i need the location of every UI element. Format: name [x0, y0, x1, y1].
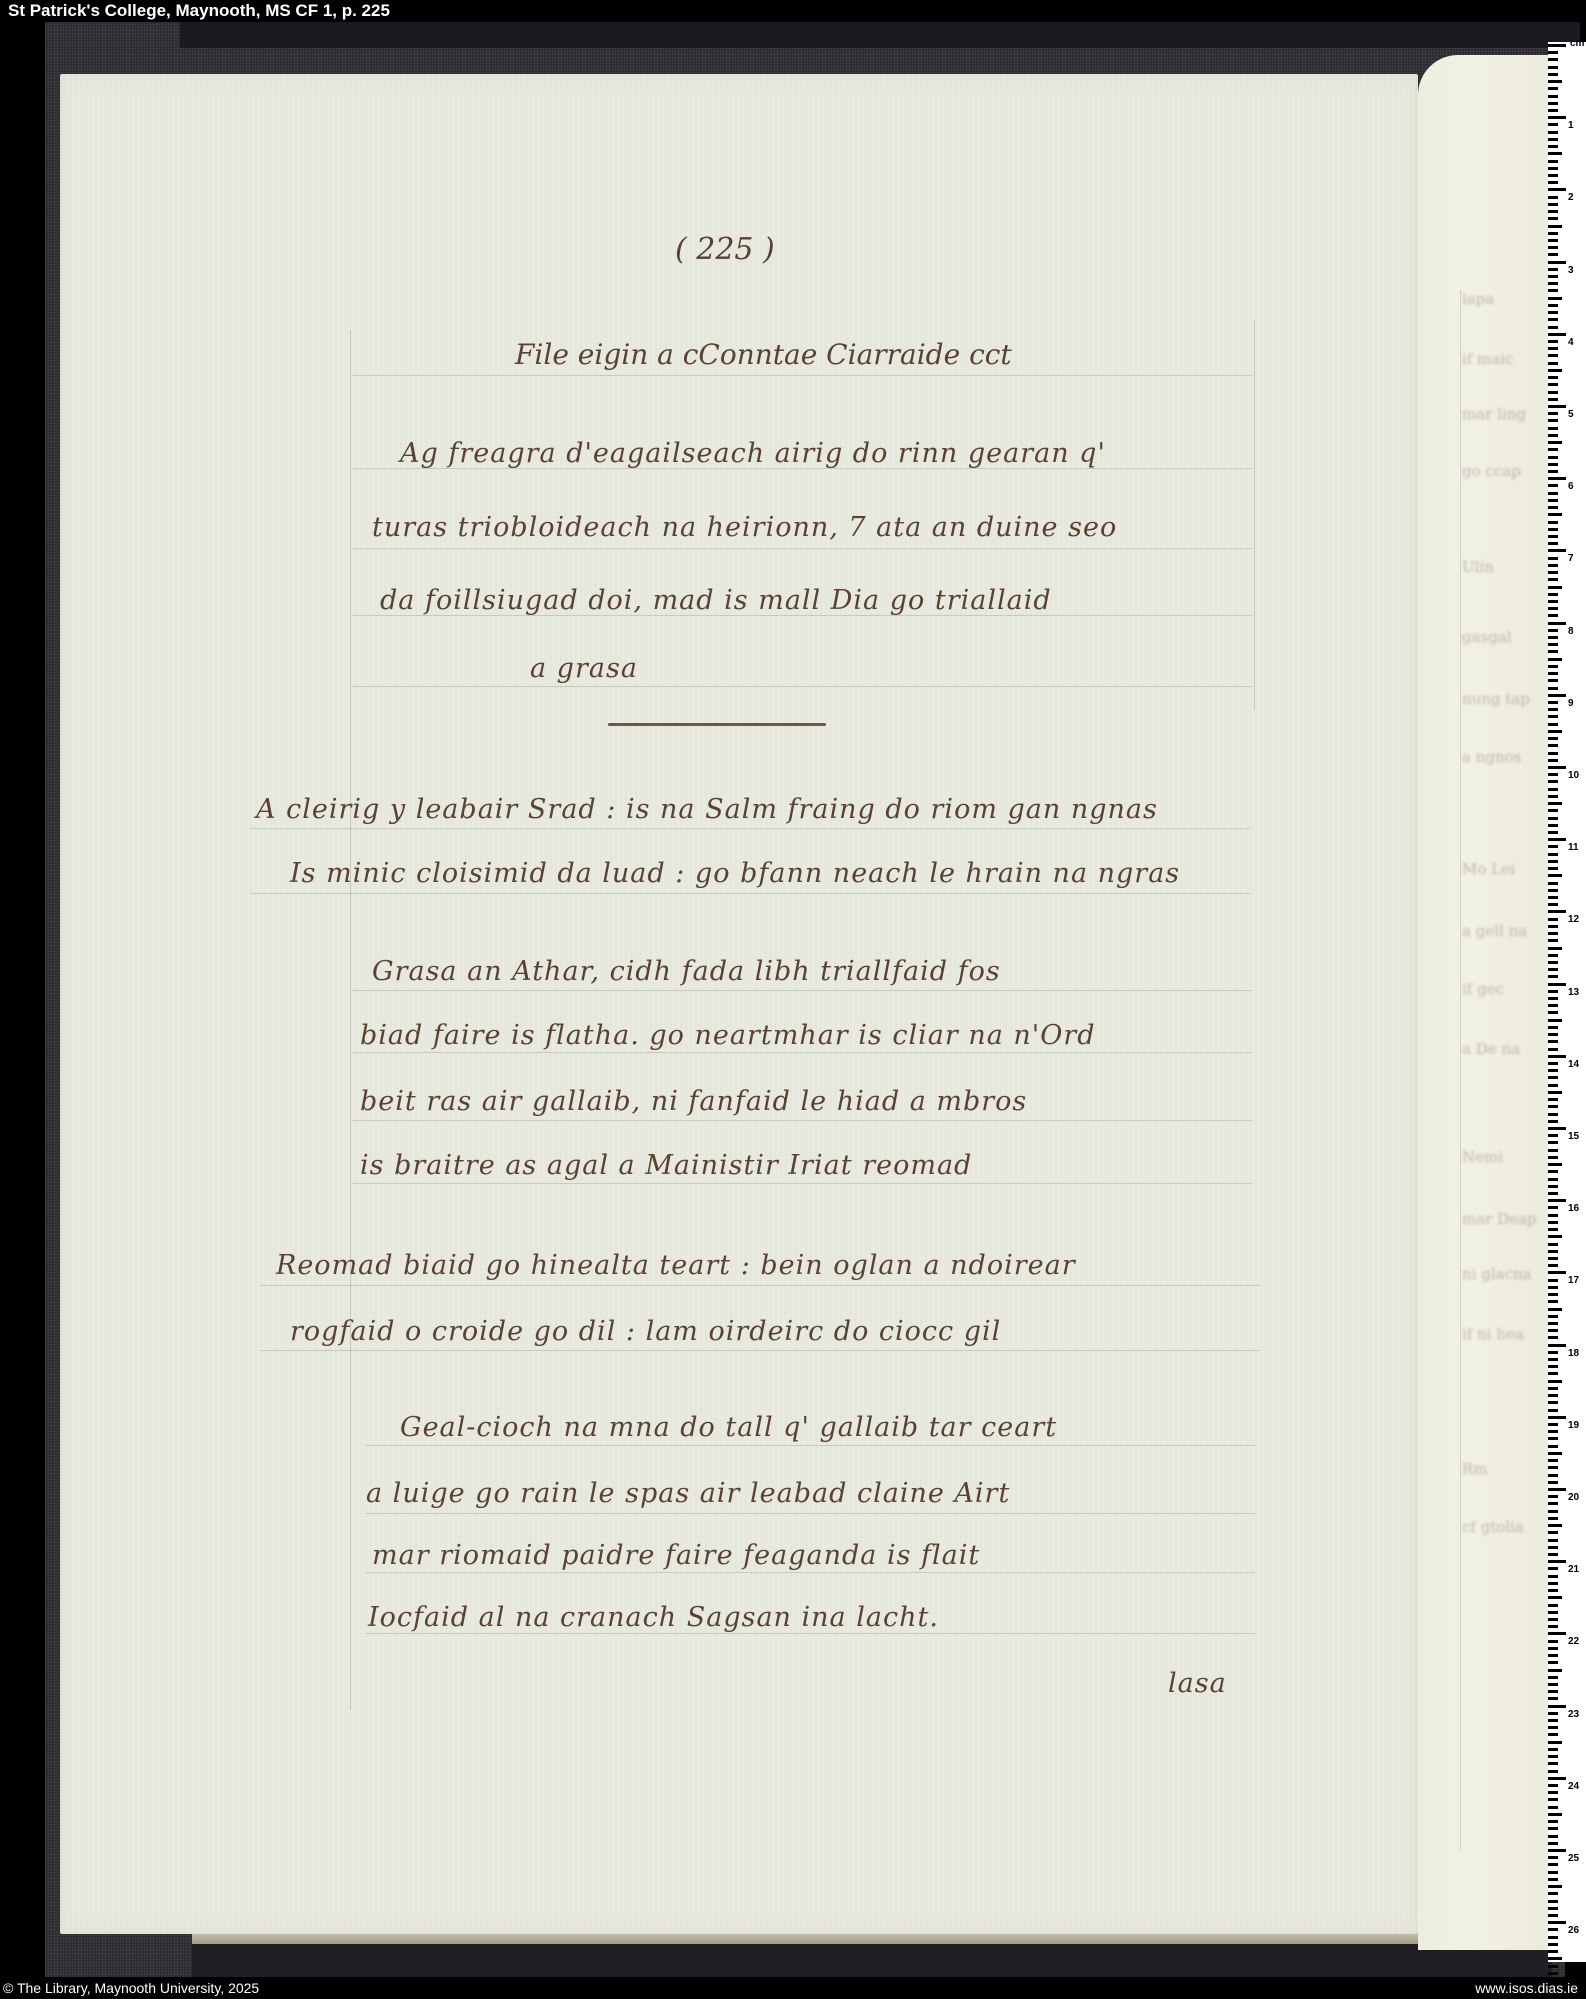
ruler-cm-label: 17 — [1568, 1275, 1579, 1286]
ruler-tick — [1548, 1965, 1558, 1968]
ruler-tick — [1548, 1596, 1562, 1599]
ruler-tick — [1548, 1546, 1558, 1549]
ruler-tick — [1548, 607, 1558, 610]
ruler-tick — [1548, 1199, 1566, 1202]
ruler-tick — [1548, 1842, 1558, 1845]
ruler-tick — [1548, 102, 1558, 105]
ruler-tick — [1548, 217, 1558, 220]
ruler-tick — [1548, 600, 1558, 603]
ruler-tick — [1548, 160, 1558, 163]
ruler-cm-label: 2 — [1568, 192, 1574, 203]
ruler-tick — [1548, 225, 1562, 228]
ruler-tick — [1548, 910, 1566, 913]
ruler-tick — [1548, 1611, 1558, 1614]
ruler-tick — [1548, 58, 1558, 61]
ruler-tick — [1548, 123, 1558, 126]
ruler-tick — [1548, 1336, 1558, 1339]
ruler-tick — [1548, 506, 1558, 509]
ruler-tick — [1548, 1134, 1558, 1137]
ruler-tick — [1548, 1264, 1558, 1267]
ruler-tick — [1548, 167, 1558, 170]
ruler-tick — [1548, 188, 1566, 191]
ruler-tick — [1548, 513, 1562, 516]
ruler-cm-label: 24 — [1568, 1781, 1579, 1792]
ruler-tick — [1548, 1156, 1558, 1159]
ruler-tick — [1548, 1539, 1558, 1542]
ruler-tick — [1548, 145, 1558, 148]
ruler-tick — [1548, 679, 1558, 682]
ruler-tick — [1548, 1235, 1562, 1238]
ruler-tick — [1548, 831, 1558, 834]
ruler-tick — [1548, 578, 1558, 581]
ruler-tick — [1548, 318, 1558, 321]
ruler-tick — [1548, 376, 1558, 379]
facing-page-line: if gec — [1462, 980, 1504, 998]
facing-page-line: a gell na — [1462, 922, 1527, 940]
facing-page-line: Mo Lei — [1462, 860, 1515, 878]
ruler-tick — [1548, 1401, 1558, 1404]
ruler-cm-label: 11 — [1568, 842, 1579, 853]
ruler-tick — [1548, 1900, 1558, 1903]
ruler-tick — [1548, 643, 1558, 646]
ruler-tick — [1548, 463, 1558, 466]
ruled-line — [352, 375, 1252, 376]
ruler-tick — [1548, 1892, 1558, 1895]
ruler-tick — [1548, 564, 1558, 567]
ruler-tick — [1548, 1026, 1558, 1029]
ruler-tick — [1548, 1040, 1558, 1043]
ruler-tick — [1548, 622, 1566, 625]
ruler-tick — [1548, 1380, 1562, 1383]
catchword: lasa — [1168, 1668, 1227, 1699]
ruler-tick — [1548, 1733, 1558, 1736]
ruler-tick — [1548, 1178, 1558, 1181]
ruler-tick — [1548, 456, 1558, 459]
ruler-tick — [1548, 1481, 1558, 1484]
ruler-tick — [1548, 1762, 1558, 1765]
ruled-line — [352, 1120, 1252, 1121]
ruler-tick — [1548, 369, 1562, 372]
ruler-tick — [1548, 275, 1558, 278]
ruler-tick — [1548, 1185, 1558, 1188]
ruler-tick — [1548, 427, 1558, 430]
ruler-tick — [1548, 896, 1558, 899]
ruler-tick — [1548, 1726, 1558, 1729]
facing-page-line: ni glacna — [1462, 1265, 1532, 1283]
ruler-cm-label: 21 — [1568, 1564, 1579, 1575]
ruler-tick — [1548, 1936, 1558, 1939]
ruler-tick — [1548, 232, 1558, 235]
ruler-tick — [1548, 990, 1558, 993]
ruler-tick — [1548, 109, 1558, 112]
ruler-tick — [1548, 398, 1558, 401]
ruler-tick — [1548, 874, 1562, 877]
ruler-tick — [1548, 1632, 1566, 1635]
ruler-tick — [1548, 174, 1558, 177]
ruler-tick — [1548, 484, 1558, 487]
image-title: St Patrick's College, Maynooth, MS CF 1,… — [8, 1, 390, 20]
ruler-tick — [1548, 1192, 1558, 1195]
facing-page — [1418, 55, 1548, 1950]
ruler-tick — [1548, 918, 1558, 921]
facing-page-line: Rm — [1462, 1460, 1488, 1478]
ruler-tick — [1548, 1784, 1558, 1787]
ruler-tick — [1548, 947, 1562, 950]
ruler-cm-label: 3 — [1568, 265, 1574, 276]
ruler-tick — [1548, 1849, 1566, 1852]
ruled-line — [250, 893, 1250, 894]
facing-page-line: if maic — [1462, 350, 1513, 368]
ruler-tick — [1548, 340, 1558, 343]
ruler-tick — [1548, 1300, 1558, 1303]
ruler-tick — [1548, 809, 1558, 812]
ruler-tick — [1548, 152, 1562, 155]
ruler-tick — [1548, 1243, 1558, 1246]
ruler-tick — [1548, 1856, 1558, 1859]
ruler-cm-label: 7 — [1568, 553, 1574, 564]
ruler-tick — [1548, 1575, 1558, 1578]
ruler-tick — [1548, 1098, 1558, 1101]
section-divider — [608, 723, 826, 726]
ruler-tick — [1548, 730, 1562, 733]
ruler-tick — [1548, 1387, 1558, 1390]
ruled-line — [365, 1513, 1255, 1514]
ruler-tick — [1548, 1777, 1566, 1780]
ruler-tick — [1548, 867, 1558, 870]
book-cover-top-shadow — [180, 20, 1580, 48]
ruler-tick — [1548, 549, 1566, 552]
ruler-tick — [1548, 196, 1558, 199]
ruler-tick — [1548, 1683, 1558, 1686]
facing-page-line: mar ling — [1462, 405, 1526, 423]
ruler-tick — [1548, 1907, 1558, 1910]
margin-rule-left — [350, 330, 351, 1710]
ruler-tick — [1548, 73, 1558, 76]
ruler-tick — [1548, 181, 1558, 184]
ruler-tick — [1548, 939, 1558, 942]
ruler-tick — [1548, 1416, 1566, 1419]
facing-page-line: cf gtolia — [1462, 1518, 1524, 1536]
ruler-tick — [1548, 44, 1566, 47]
ruler-tick — [1548, 1748, 1558, 1751]
ruler-tick — [1548, 1271, 1566, 1274]
ruler-cm-label: 18 — [1568, 1348, 1579, 1359]
ruler-tick — [1548, 1510, 1558, 1513]
ruler-tick — [1548, 752, 1558, 755]
ruler-tick — [1548, 571, 1558, 574]
ruled-line — [365, 1633, 1255, 1634]
facing-page-line: Nemi — [1462, 1148, 1503, 1166]
ruler-tick — [1548, 853, 1558, 856]
facing-page-line: gasgal — [1462, 628, 1512, 646]
ruler-tick — [1548, 860, 1558, 863]
ruler-tick — [1548, 1084, 1558, 1087]
ruler-cm-label: 22 — [1568, 1636, 1579, 1647]
facing-page-line: nung tap — [1462, 690, 1530, 708]
ruler-tick — [1548, 1625, 1558, 1628]
ruler-cm-label: 23 — [1568, 1709, 1579, 1720]
ruler-tick — [1548, 1827, 1558, 1830]
ruler-tick — [1548, 282, 1558, 285]
ruler-tick — [1548, 1344, 1566, 1347]
ruler-tick — [1548, 1163, 1562, 1166]
verse-line: beit ras air gallaib, ni fanfaid le hiad… — [360, 1086, 1027, 1117]
ruled-line — [352, 990, 1252, 991]
ruler-tick — [1548, 845, 1558, 848]
ruler-tick — [1548, 1806, 1558, 1809]
ruler-tick — [1548, 1654, 1558, 1657]
ruler-tick — [1548, 889, 1558, 892]
ruler-tick — [1548, 1286, 1558, 1289]
ruler-cm-label: 13 — [1568, 987, 1579, 998]
ruler-tick — [1548, 246, 1558, 249]
ruler-tick — [1548, 1062, 1558, 1065]
ruler-tick — [1548, 419, 1558, 422]
ruler-tick — [1548, 824, 1558, 827]
image-title-bar: St Patrick's College, Maynooth, MS CF 1,… — [0, 0, 1586, 22]
ruler-tick — [1548, 1459, 1558, 1462]
ruler-tick — [1548, 362, 1558, 365]
ruler-tick — [1548, 903, 1558, 906]
ruler-cm-label: 10 — [1568, 770, 1579, 781]
scale-ruler: cm 1234567891011121314151617181920212223… — [1548, 42, 1586, 1962]
ruler-tick — [1548, 1928, 1558, 1931]
ruler-tick — [1548, 1669, 1562, 1672]
ruler-tick — [1548, 1206, 1558, 1209]
facing-page-margin-rule — [1460, 290, 1461, 1850]
ruler-unit-label: cm — [1570, 38, 1584, 49]
ruler-tick — [1548, 1943, 1558, 1946]
ruler-tick — [1548, 521, 1558, 524]
ruler-tick — [1548, 1076, 1558, 1079]
facing-page-line: mar Deap — [1462, 1210, 1537, 1228]
copyright-notice: © The Library, Maynooth University, 2025 — [3, 1977, 259, 1999]
ruler-tick — [1548, 1647, 1558, 1650]
ruler-tick — [1548, 1365, 1558, 1368]
image-footer-bar: © The Library, Maynooth University, 2025… — [0, 1977, 1586, 1999]
ruler-tick — [1548, 1445, 1558, 1448]
ruler-tick — [1548, 1149, 1558, 1152]
ruler-tick — [1548, 1957, 1562, 1960]
ruler-tick — [1548, 253, 1558, 256]
ruler-tick — [1548, 1705, 1566, 1708]
ruler-tick — [1548, 1604, 1558, 1607]
ruler-tick — [1548, 557, 1558, 560]
ruler-tick — [1548, 759, 1558, 762]
ruler-cm-label: 6 — [1568, 481, 1574, 492]
ruler-tick — [1548, 1871, 1558, 1874]
ruler-tick — [1548, 1618, 1558, 1621]
ruler-tick — [1548, 203, 1558, 206]
preamble-line: turas triobloideach na heirionn, 7 ata a… — [372, 512, 1117, 543]
book-cover-bottom-shadow — [192, 1944, 1552, 1978]
ruler-tick — [1548, 1033, 1558, 1036]
ruled-line — [352, 686, 1252, 687]
ruler-tick — [1548, 499, 1558, 502]
ruler-tick — [1548, 1885, 1562, 1888]
ruler-tick — [1548, 766, 1566, 769]
verse-line: is braitre as agal a Mainistir Iriat reo… — [360, 1150, 972, 1181]
ruler-cm-label: 12 — [1568, 914, 1579, 925]
ruler-tick — [1548, 744, 1558, 747]
ruler-tick — [1548, 1228, 1558, 1231]
ruler-tick — [1548, 1019, 1562, 1022]
ruler-tick — [1548, 1791, 1558, 1794]
ruler-tick — [1548, 614, 1558, 617]
ruler-tick — [1548, 1798, 1558, 1801]
ruler-tick — [1548, 1690, 1558, 1693]
ruler-tick — [1548, 347, 1558, 350]
ruler-tick — [1548, 672, 1558, 675]
ruler-tick — [1548, 650, 1558, 653]
ruler-tick — [1548, 297, 1562, 300]
ruler-tick — [1548, 333, 1566, 336]
ruler-tick — [1548, 788, 1558, 791]
website-link[interactable]: www.isos.dias.ie — [1475, 1977, 1578, 1999]
ruler-cm-label: 15 — [1568, 1131, 1579, 1142]
ruler-tick — [1548, 1170, 1558, 1173]
ruler-tick — [1548, 66, 1558, 69]
ruler-tick — [1548, 1105, 1558, 1108]
ruler-tick — [1548, 542, 1558, 545]
ruler-tick — [1548, 383, 1558, 386]
poem-heading: File eigin a cConntae Ciarraide cct — [515, 338, 1012, 371]
ruler-cm-label: 26 — [1568, 1925, 1579, 1936]
ruler-tick — [1548, 1820, 1558, 1823]
ruler-tick — [1548, 1640, 1558, 1643]
ruler-tick — [1548, 1466, 1558, 1469]
ruler-tick — [1548, 1120, 1558, 1123]
ruler-cm-label: 4 — [1568, 337, 1574, 348]
ruled-line — [352, 1052, 1252, 1053]
preamble-line: Ag freagra d'eagailseach airig do rinn g… — [400, 438, 1106, 469]
verse-line: Is minic cloisimid da luad : go bfann ne… — [290, 858, 1180, 889]
ruler-tick — [1548, 1394, 1558, 1397]
ruler-tick — [1548, 780, 1558, 783]
ruler-tick — [1548, 1257, 1558, 1260]
ruler-tick — [1548, 1141, 1558, 1144]
ruler-cm-label: 20 — [1568, 1492, 1579, 1503]
ruler-tick — [1548, 1914, 1558, 1917]
ruler-tick — [1548, 1495, 1558, 1498]
ruler-tick — [1548, 1011, 1558, 1014]
ruler-tick — [1548, 412, 1558, 415]
ruler-tick — [1548, 1950, 1558, 1953]
ruler-tick — [1548, 405, 1566, 408]
ruler-tick — [1548, 1676, 1558, 1679]
ruler-tick — [1548, 1560, 1566, 1563]
ruler-tick — [1548, 1250, 1558, 1253]
ruler-tick — [1548, 116, 1566, 119]
ruler-tick — [1548, 593, 1558, 596]
ruler-tick — [1548, 723, 1558, 726]
ruler-tick — [1548, 1055, 1566, 1058]
ruler-tick — [1548, 795, 1558, 798]
ruler-cm-label: 9 — [1568, 698, 1574, 709]
ruler-tick — [1548, 448, 1558, 451]
ruler-tick — [1548, 1279, 1558, 1282]
ruler-tick — [1548, 925, 1558, 928]
ruler-tick — [1548, 1308, 1562, 1311]
ruler-tick — [1548, 326, 1558, 329]
ruler-tick — [1548, 210, 1558, 213]
ruler-tick — [1548, 1221, 1558, 1224]
ruler-tick — [1548, 701, 1558, 704]
ruler-tick — [1548, 131, 1558, 134]
ruler-tick — [1548, 528, 1558, 531]
ruler-tick — [1548, 708, 1558, 711]
ruler-tick — [1548, 1712, 1558, 1715]
preamble-line: a grasa — [530, 653, 638, 684]
verse-line: rogfaid o croide go dil : lam oirdeirc d… — [290, 1316, 1001, 1347]
ruler-tick — [1548, 1315, 1558, 1318]
verse-line: a luige go rain le spas air leabad clain… — [366, 1478, 1010, 1509]
ruler-tick — [1548, 1878, 1558, 1881]
ruler-tick — [1548, 1452, 1562, 1455]
ruler-tick — [1548, 1582, 1558, 1585]
ruler-tick — [1548, 658, 1562, 661]
ruler-tick — [1548, 1430, 1558, 1433]
ruler-tick — [1548, 239, 1558, 242]
ruler-tick — [1548, 1661, 1558, 1664]
ruler-tick — [1548, 535, 1558, 538]
ruler-tick — [1548, 1488, 1566, 1491]
ruler-cm-label: 8 — [1568, 626, 1574, 637]
ruler-tick — [1548, 261, 1566, 264]
ruler-tick — [1548, 1069, 1558, 1072]
ruler-tick — [1548, 1972, 1558, 1975]
ruler-tick — [1548, 1567, 1558, 1570]
ruler-tick — [1548, 961, 1558, 964]
ruled-line — [260, 1350, 1260, 1351]
ruler-tick — [1548, 1358, 1558, 1361]
ruler-tick — [1548, 268, 1558, 271]
ruler-cm-label: 19 — [1568, 1420, 1579, 1431]
ruler-tick — [1548, 1813, 1562, 1816]
ruled-line — [365, 1445, 1255, 1446]
ruler-cm-label: 16 — [1568, 1203, 1579, 1214]
ruler-cm-label: 1 — [1568, 120, 1574, 131]
verse-line: mar riomaid paidre faire feaganda is fla… — [372, 1540, 980, 1571]
facing-page-line: a ngnos — [1462, 748, 1521, 766]
ruler-tick — [1548, 1329, 1558, 1332]
facing-page-line: go ccap — [1462, 462, 1521, 480]
ruler-tick — [1548, 87, 1558, 90]
ruler-tick — [1548, 1322, 1558, 1325]
ruler-tick — [1548, 1835, 1558, 1838]
ruler-cm-label: 14 — [1568, 1059, 1579, 1070]
ruler-tick — [1548, 636, 1558, 639]
ruled-line — [365, 1572, 1255, 1573]
ruler-tick — [1548, 51, 1558, 54]
facing-page-line: lapa — [1462, 290, 1494, 308]
verse-line: biad faire is flatha. go neartmhar is cl… — [360, 1020, 1096, 1051]
ruler-cm-label: 25 — [1568, 1853, 1579, 1864]
ruler-tick — [1548, 882, 1558, 885]
ruler-tick — [1548, 304, 1558, 307]
ruler-tick — [1548, 665, 1558, 668]
verse-line: Reomad biaid go hinealta teart : bein og… — [276, 1250, 1076, 1281]
ruler-tick — [1548, 817, 1558, 820]
ruler-tick — [1548, 715, 1558, 718]
ruler-tick — [1548, 492, 1558, 495]
ruler-tick — [1548, 441, 1562, 444]
ruler-tick — [1548, 968, 1558, 971]
ruler-tick — [1548, 1863, 1558, 1866]
ruler-tick — [1548, 1524, 1562, 1527]
ruler-tick — [1548, 1437, 1558, 1440]
ruler-tick — [1548, 289, 1558, 292]
